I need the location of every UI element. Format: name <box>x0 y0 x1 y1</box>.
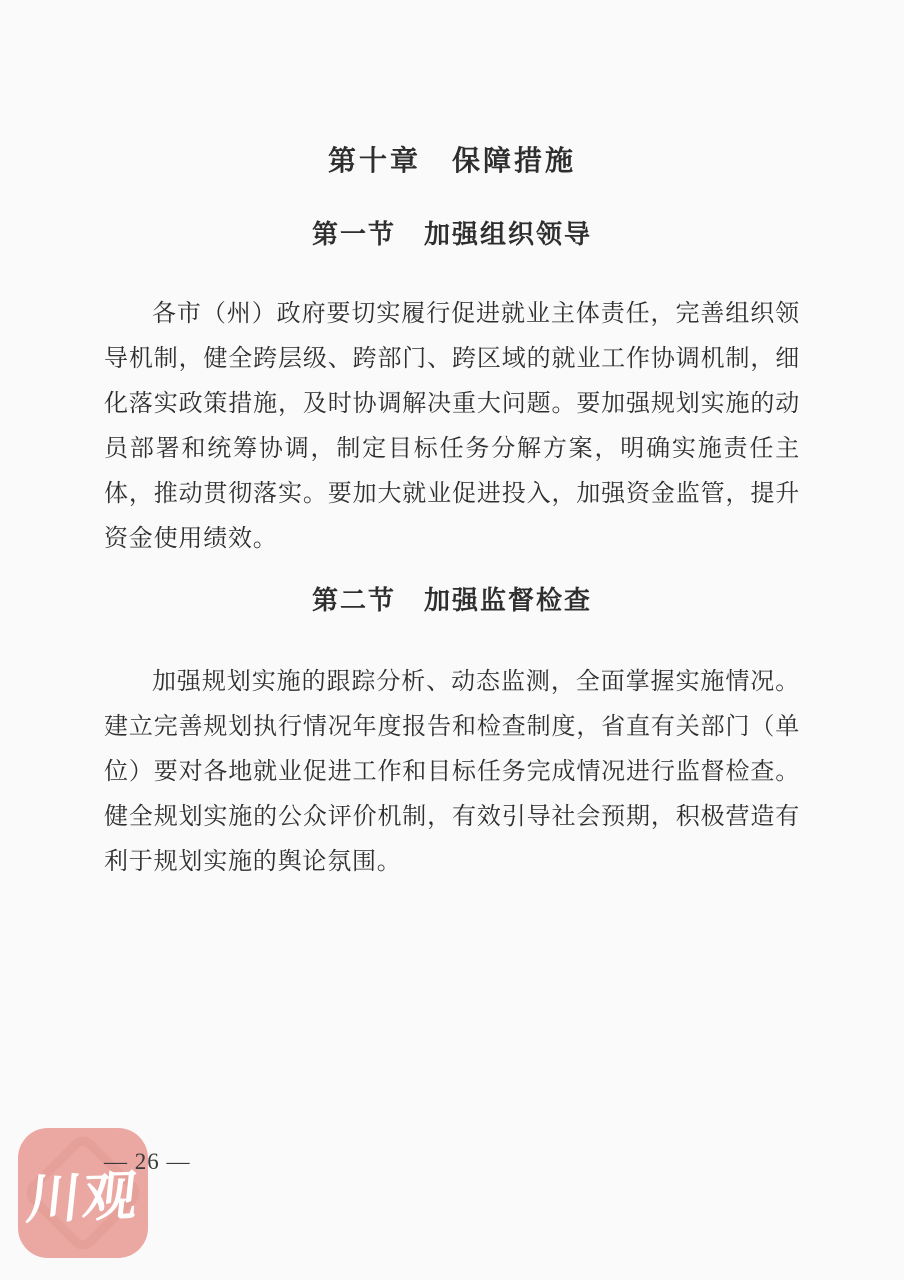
section-2-heading: 第二节 加强监督检查 <box>104 586 800 616</box>
section-1-paragraph: 各市（州）政府要切实履行促进就业主体责任，完善组织领导机制，健全跨层级、跨部门、… <box>104 292 800 562</box>
document-content: 第十章 保障措施 第一节 加强组织领导 各市（州）政府要切实履行促进就业主体责任… <box>0 146 904 885</box>
section-1-heading: 第一节 加强组织领导 <box>104 220 800 250</box>
document-page: 第十章 保障措施 第一节 加强组织领导 各市（州）政府要切实履行促进就业主体责任… <box>0 0 904 1280</box>
chapter-title: 第十章 保障措施 <box>104 146 800 178</box>
section-2-paragraph: 加强规划实施的跟踪分析、动态监测，全面掌握实施情况。建立完善规划执行情况年度报告… <box>104 660 800 885</box>
chuanguan-logo-text: 川观 <box>24 1169 142 1227</box>
chuanguan-watermark-badge: 川观 <box>18 1128 148 1258</box>
page-number: — 26 — <box>104 1149 191 1175</box>
